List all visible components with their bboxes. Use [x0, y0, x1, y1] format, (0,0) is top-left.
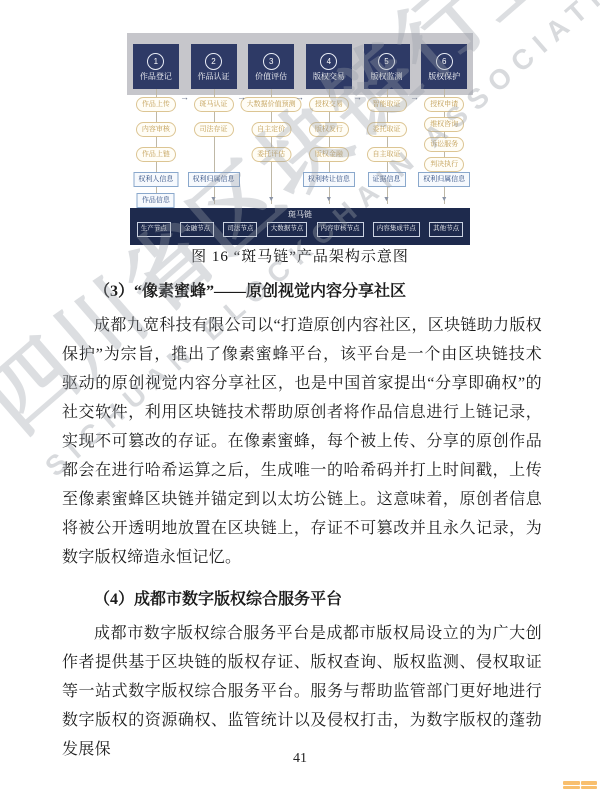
- logo-fragment: [563, 781, 597, 789]
- stage-box: 1 作品登记: [133, 44, 179, 89]
- feature-pill: 作品上传: [136, 97, 176, 112]
- feature-pill: 版权发行: [309, 122, 349, 137]
- info-box: 权利转让信息: [303, 172, 355, 187]
- chain-node: 内容集成节点: [373, 222, 420, 237]
- section-heading-4: （4）成都市数字版权综合服务平台: [62, 588, 542, 612]
- feature-pill: 斑马认证: [194, 97, 234, 112]
- stage-number: 4: [320, 53, 337, 70]
- arrow-down-icon: ▼: [268, 196, 275, 203]
- feature-pill: 大数据价值预测: [241, 97, 302, 112]
- flow-arrow-icon: →: [353, 93, 362, 102]
- zebra-chain-bar: 斑马链 生产节点 金融节点 司法节点 大数据节点 内容审核节点 内容集成节点 其…: [130, 208, 470, 245]
- arrow-down-icon: ▼: [441, 196, 448, 203]
- info-box: 证据信息: [368, 172, 406, 187]
- document-page: → → → → → ▼ 1 作品登记 作品上传 内容审核 作品上链 权利人信息: [0, 0, 600, 789]
- info-box: 权利归属信息: [188, 172, 240, 187]
- stage-title: 版权保护: [428, 73, 460, 81]
- chain-node: 其他节点: [429, 222, 463, 237]
- stage-box: 6 版权保护: [421, 44, 467, 89]
- chain-node: 生产节点: [137, 222, 171, 237]
- flow-arrow-icon: →: [410, 93, 419, 102]
- info-box: 权利归属信息: [418, 172, 470, 187]
- chain-node: 金融节点: [180, 222, 214, 237]
- body-content: （3）“像素蜜蜂”——原创视觉内容分享社区 成都九宽科技有限公司以“打造原创内容…: [62, 280, 542, 764]
- stage-box: 5 版权监测: [364, 44, 410, 89]
- feature-pill: 内容审核: [136, 122, 176, 137]
- feature-pill: 自主取证: [367, 147, 407, 162]
- chain-node: 内容审核节点: [317, 222, 364, 237]
- stage-number: 1: [147, 53, 164, 70]
- arrow-down-icon: ▼: [383, 196, 390, 203]
- arrow-down-icon: ▼: [210, 196, 217, 203]
- flow-arrow-icon: →: [237, 93, 246, 102]
- chain-node: 大数据节点: [267, 222, 308, 237]
- info-box: 权利人信息: [133, 172, 178, 187]
- stage-number: 3: [263, 53, 280, 70]
- feature-pill: 司法存证: [194, 122, 234, 137]
- arrow-down-icon: ▼: [325, 196, 332, 203]
- paragraph-chengdu-platform: 成都市数字版权综合服务平台是成都市版权局设立的为广大创作者提供基于区块链的版权存…: [62, 619, 542, 764]
- paragraph-pixel-bee: 成都九宽科技有限公司以“打造原创内容社区，区块链助力版权保护”为宗旨，推出了像素…: [62, 311, 542, 572]
- chain-node: 司法节点: [223, 222, 257, 237]
- stage-title: 版权监测: [371, 73, 403, 81]
- stage-number: 6: [436, 53, 453, 70]
- feature-pill: 作品上链: [136, 147, 176, 162]
- stage-title: 作品认证: [198, 73, 230, 81]
- feature-pill: 委托取证: [367, 122, 407, 137]
- feature-pill: 维权咨询: [424, 117, 464, 132]
- stage-number: 5: [378, 53, 395, 70]
- stage-title: 作品登记: [140, 73, 172, 81]
- stage-title: 版权交易: [313, 73, 345, 81]
- stage-title: 价值评估: [255, 73, 287, 81]
- chain-title: 斑马链: [288, 211, 312, 219]
- architecture-figure: → → → → → ▼ 1 作品登记 作品上传 内容审核 作品上链 权利人信息: [127, 33, 473, 268]
- feature-pill: 授权交易: [309, 97, 349, 112]
- feature-pill: 诉讼服务: [424, 137, 464, 152]
- feature-pill: 授权申请: [424, 97, 464, 112]
- stage-box: 3 价值评估: [248, 44, 294, 89]
- feature-pill: 智能取证: [367, 97, 407, 112]
- page-number: 41: [0, 751, 600, 767]
- section-heading-3: （3）“像素蜜蜂”——原创视觉内容分享社区: [62, 280, 542, 304]
- feature-pill: 委托评估: [251, 147, 291, 162]
- feature-pill: 版权金融: [309, 147, 349, 162]
- flow-arrow-icon: →: [295, 93, 304, 102]
- info-box: 作品信息: [137, 193, 175, 208]
- flow-arrow-icon: →: [180, 93, 189, 102]
- stage-box: 2 作品认证: [191, 44, 237, 89]
- stage-number: 2: [205, 53, 222, 70]
- figure-caption: 图 16 “斑马链”产品架构示意图: [0, 245, 600, 266]
- stage-box: 4 版权交易: [306, 44, 352, 89]
- feature-pill: 自主定价: [251, 122, 291, 137]
- feature-pill: 判决执行: [424, 157, 464, 172]
